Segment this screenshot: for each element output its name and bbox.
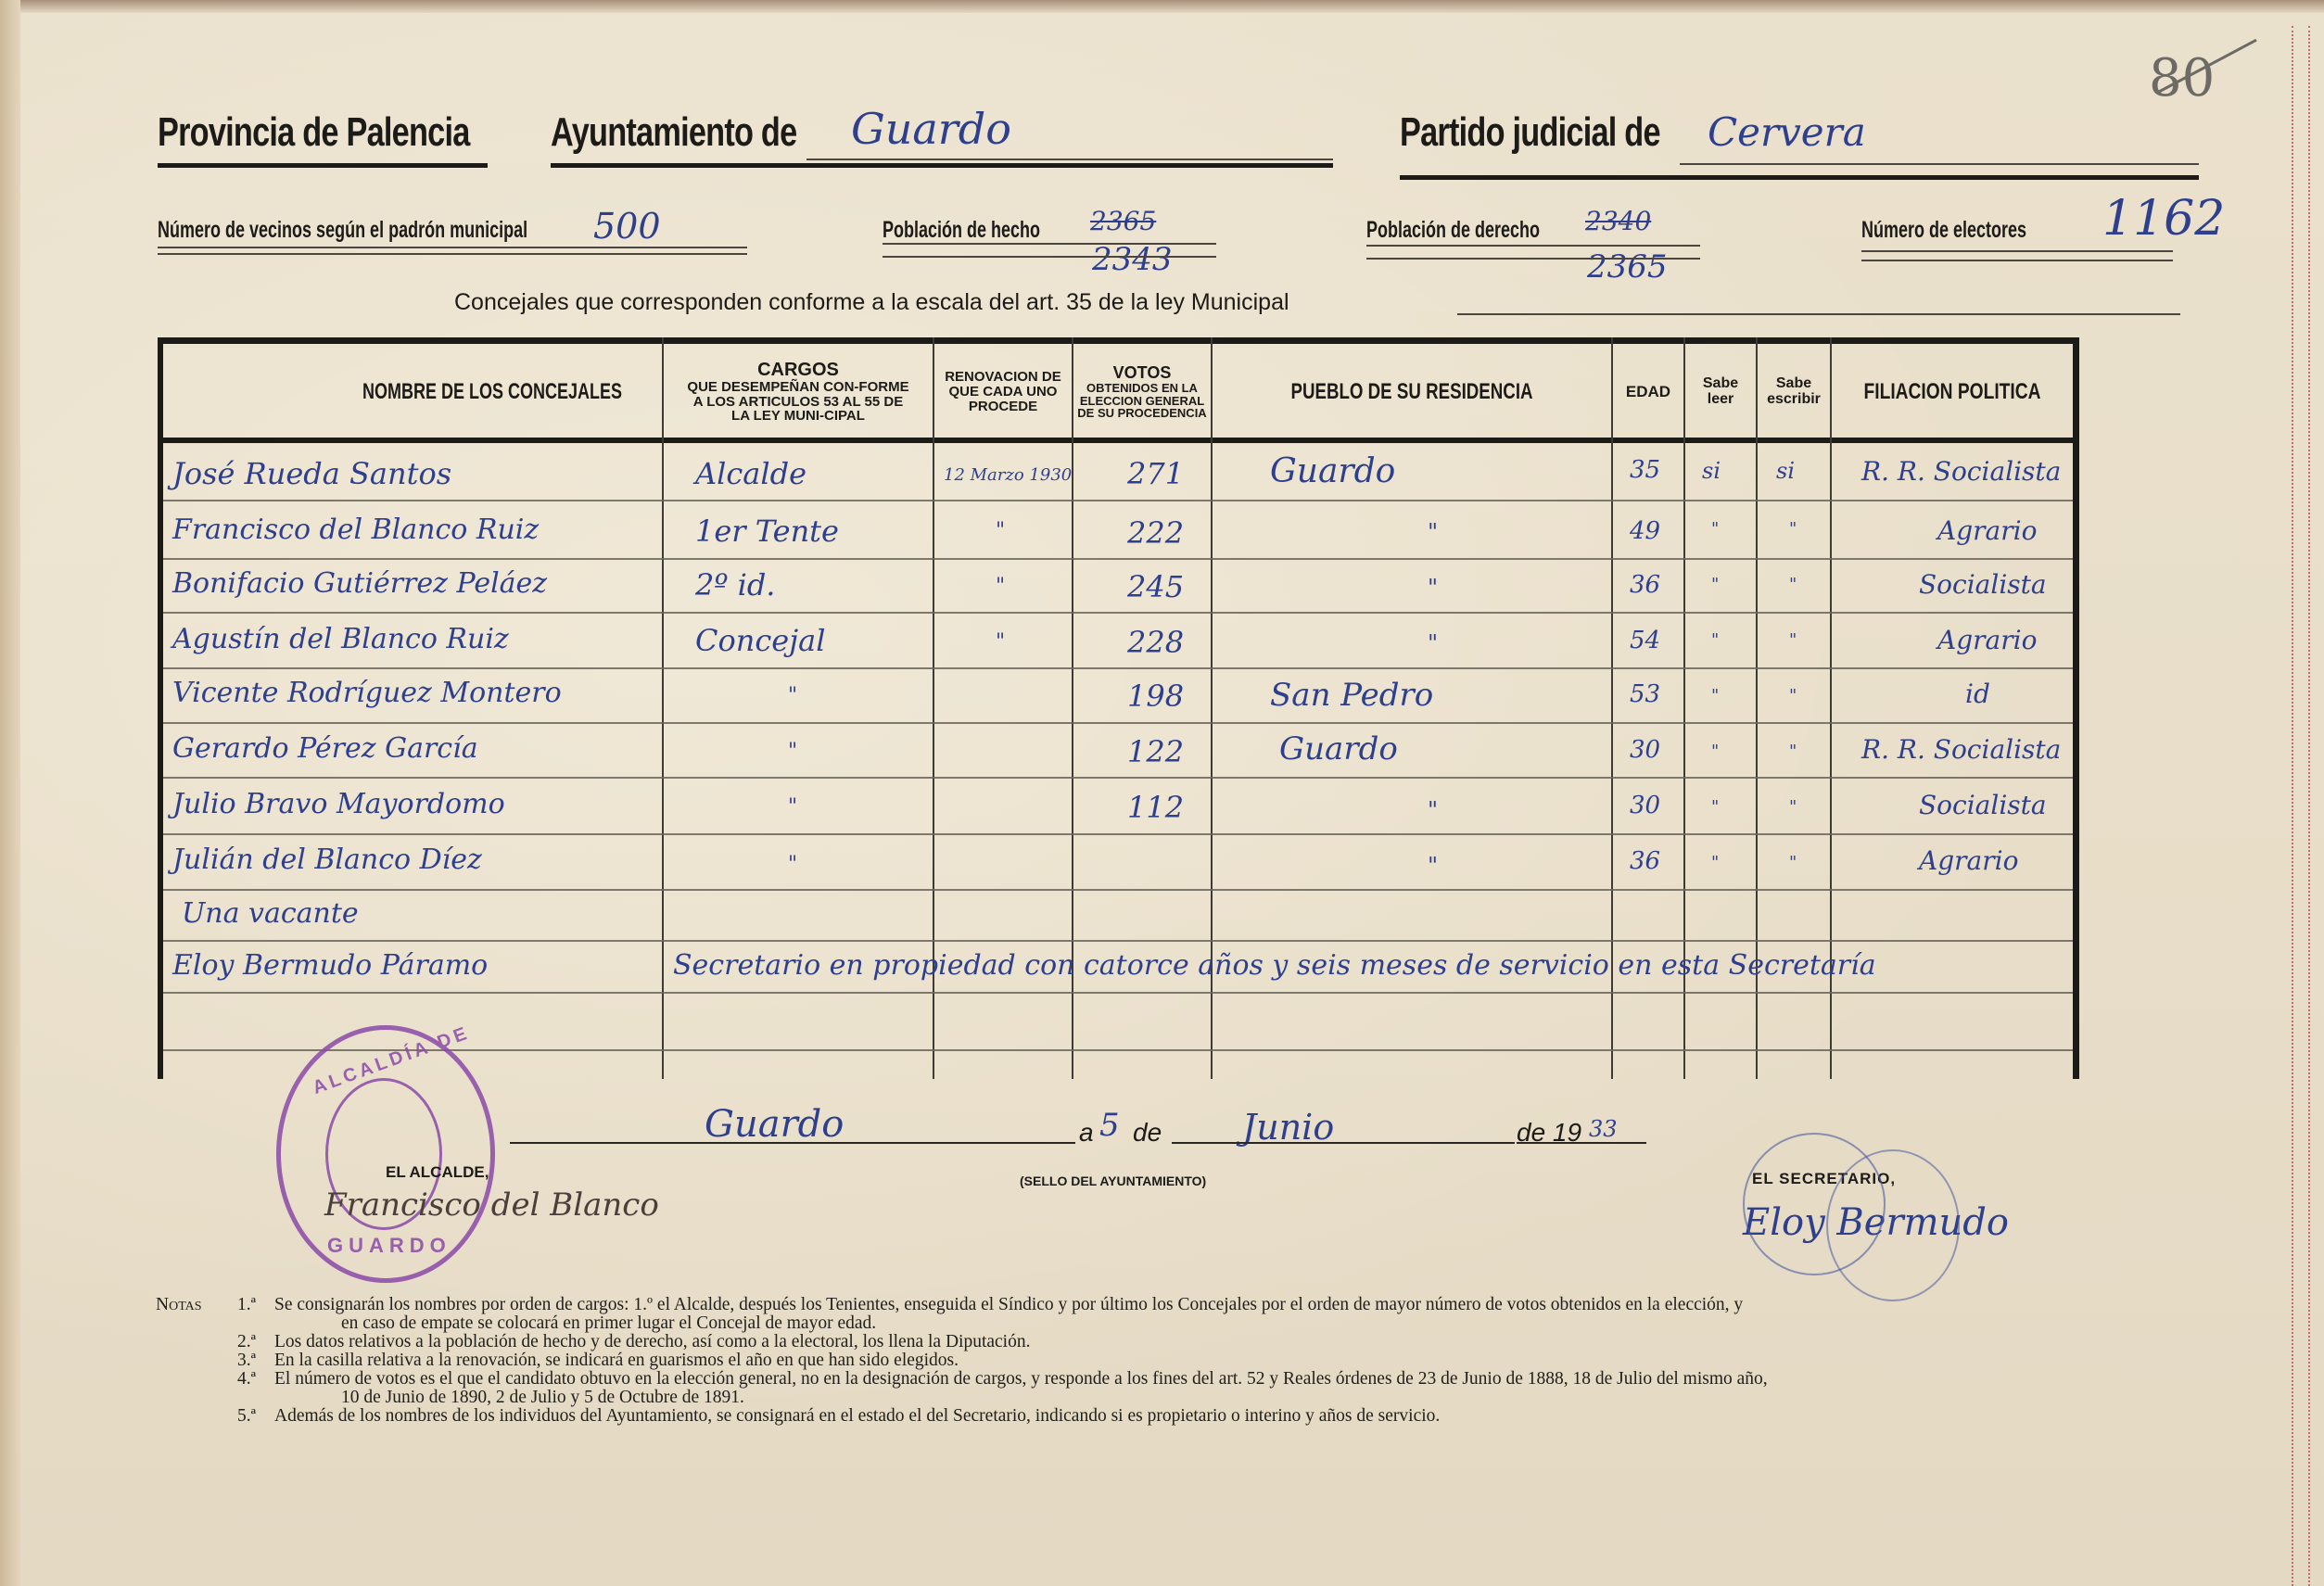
table-header-rule	[158, 438, 2079, 443]
escala-fill-line	[1457, 313, 2180, 315]
cell-pueblo: "	[1428, 575, 1438, 601]
note-number: 2.ª	[237, 1333, 256, 1351]
note-number: 3.ª	[237, 1351, 256, 1369]
header-pueblo: PUEBLO DE SU RESIDENCIA	[1256, 349, 1567, 436]
note-text: Se consignarán los nombres por orden de …	[274, 1296, 1743, 1313]
note-text: Además de los nombres de los individuos …	[274, 1407, 1440, 1425]
cell-filiacion: R. R. Socialista	[1861, 456, 2061, 487]
partido-label: Partido judicial de	[1400, 109, 1660, 156]
row-rule	[163, 612, 2073, 614]
seal-bottom-text: GUARDO	[327, 1234, 451, 1258]
partido-underline	[1400, 175, 2199, 180]
cell-remark: Secretario en propiedad con catorce años…	[673, 949, 1876, 982]
header-votos: VOTOS OBTENIDOS EN LA ELECCION GENERAL D…	[1073, 349, 1211, 436]
note-text: 10 de Junio de 1890, 2 de Julio y 5 de O…	[341, 1389, 744, 1406]
cell-cargo: "	[788, 740, 797, 763]
header-sabe-leer: Sabe leer	[1685, 349, 1756, 436]
document-page: 80 Provincia de Palencia Ayuntamiento de…	[0, 0, 2324, 1586]
cell-filiacion: Agrario	[1937, 625, 2037, 655]
province-underline	[158, 163, 488, 168]
escala-text: Concejales que corresponden conforme a l…	[454, 289, 1289, 316]
ayuntamiento-label: Ayuntamiento de	[551, 109, 796, 156]
cell-cargo: Alcalde	[695, 456, 806, 491]
hecho-value: 2343	[1092, 241, 1173, 278]
electores-line-1	[1861, 250, 2173, 252]
note-text: El número de votos es el que el candidat…	[274, 1370, 1768, 1388]
derecho-value-struck: 2340	[1585, 206, 1651, 236]
cell-cargo: 2º id.	[695, 567, 775, 603]
alcalde-label: EL ALCALDE,	[386, 1163, 489, 1182]
cell-escribir: "	[1789, 853, 1797, 872]
cell-cargo: "	[788, 795, 797, 818]
derecho-line-1	[1366, 245, 1700, 247]
table-border-top	[158, 337, 2079, 344]
cell-filiacion: id	[1965, 679, 1990, 709]
row-rule	[163, 500, 2073, 501]
row-rule	[163, 722, 2073, 724]
province-label: Provincia de Palencia	[158, 109, 470, 156]
cell-renovacion: "	[996, 519, 1005, 542]
date-de-label: de	[1133, 1118, 1162, 1148]
electores-label: Número de electores	[1861, 217, 2026, 244]
row-rule	[163, 833, 2073, 835]
header-edad: EDAD	[1613, 349, 1683, 436]
table-border-right	[2073, 337, 2079, 1079]
header-votos-sub: OBTENIDOS EN LA ELECCION GENERAL DE SU P…	[1073, 382, 1211, 420]
cell-escribir: "	[1789, 797, 1797, 817]
row-rule	[163, 667, 2073, 669]
red-margin-rule	[2292, 26, 2310, 1586]
header-votos-title: VOTOS	[1113, 364, 1172, 382]
row-rule	[163, 992, 2073, 994]
cell-escribir: si	[1776, 458, 1795, 484]
col-divider	[662, 337, 664, 1079]
cell-nombre: Vicente Rodríguez Montero	[172, 677, 562, 709]
cell-renovacion: "	[996, 575, 1005, 598]
header-renovacion: RENOVACION DE QUE CADA UNO PROCEDE	[934, 349, 1072, 436]
cell-cargo: "	[788, 853, 797, 876]
hecho-line-2	[883, 256, 1216, 258]
cell-filiacion: Socialista	[1919, 569, 2047, 600]
notes-label: Notas	[156, 1296, 202, 1313]
vecinos-line-2	[158, 253, 747, 255]
year-line	[1517, 1142, 1646, 1144]
cell-pueblo: "	[1428, 630, 1438, 656]
cell-nombre: Eloy Bermudo Páramo	[172, 949, 488, 982]
cell-nombre: Agustín del Blanco Ruiz	[172, 623, 509, 655]
cell-escribir: "	[1789, 575, 1797, 594]
vecinos-label: Número de vecinos según el padrón munici…	[158, 217, 527, 244]
note-text: En la casilla relativa a la renovación, …	[274, 1351, 959, 1369]
cell-nombre: Una vacante	[182, 897, 359, 930]
note-number: 1.ª	[237, 1296, 256, 1313]
row-rule	[163, 940, 2073, 942]
cell-escribir: "	[1789, 742, 1797, 761]
page-binding-edge	[0, 0, 20, 1586]
hecho-label: Población de hecho	[883, 217, 1040, 244]
cell-votos: 228	[1127, 625, 1184, 660]
hecho-line-1	[883, 243, 1216, 245]
cell-edad: 36	[1630, 571, 1660, 599]
vecinos-value: 500	[593, 206, 661, 247]
cell-votos: 271	[1127, 456, 1184, 491]
cell-pueblo: "	[1428, 519, 1438, 545]
cell-leer: "	[1711, 686, 1719, 705]
cell-leer: si	[1702, 458, 1721, 484]
cell-edad: 30	[1630, 736, 1660, 764]
vecinos-line-1	[158, 247, 747, 248]
month-line	[1172, 1142, 1515, 1144]
cell-escribir: "	[1789, 686, 1797, 705]
date-day: 5	[1099, 1107, 1120, 1144]
cell-leer: "	[1711, 797, 1719, 817]
cell-pueblo: "	[1428, 853, 1438, 879]
cell-edad: 49	[1630, 517, 1660, 545]
cell-nombre: Francisco del Blanco Ruiz	[172, 514, 539, 546]
cell-escribir: "	[1789, 630, 1797, 650]
partido-fill-line	[1680, 163, 2199, 165]
ayuntamiento-fill-line	[806, 159, 1333, 160]
header-sabe-escribir: Sabe escribir	[1758, 349, 1830, 436]
cell-nombre: Gerardo Pérez García	[172, 732, 478, 765]
cell-pueblo: San Pedro	[1270, 677, 1433, 714]
table-border-left	[158, 337, 163, 1079]
electores-value: 1162	[2102, 191, 2225, 247]
cell-votos: 222	[1127, 515, 1184, 551]
cell-filiacion: Agrario	[1919, 845, 2018, 876]
row-rule	[163, 558, 2073, 560]
header-filiacion: FILIACION POLITICA	[1856, 349, 2049, 436]
derecho-line-2	[1366, 258, 1700, 260]
place-line	[510, 1142, 1075, 1144]
note-text: Los datos relativos a la población de he…	[274, 1333, 1030, 1351]
cell-leer: "	[1711, 853, 1719, 872]
hecho-value-struck: 2365	[1090, 206, 1156, 236]
cell-pueblo: "	[1428, 797, 1438, 823]
cell-pueblo: Guardo	[1270, 452, 1395, 490]
cell-filiacion: R. R. Socialista	[1861, 734, 2061, 765]
page-top-edge	[0, 0, 2324, 13]
cell-votos: 198	[1127, 679, 1184, 714]
cell-votos: 122	[1127, 734, 1184, 769]
ayuntamiento-seal: ALCALDÍA DE GUARDO	[276, 1025, 495, 1283]
cell-nombre: Julián del Blanco Díez	[172, 844, 482, 876]
cell-renovacion: "	[996, 630, 1005, 653]
header-cargos-title: CARGOS	[757, 361, 839, 380]
cell-edad: 36	[1630, 847, 1660, 875]
header-cargos-sub: QUE DESEMPEÑAN CON-FORME A LOS ARTICULOS…	[682, 380, 914, 424]
header-cargos: CARGOS QUE DESEMPEÑAN CON-FORME A LOS AR…	[664, 349, 933, 436]
electores-line-2	[1861, 260, 2173, 261]
cell-cargo: Concejal	[695, 623, 825, 658]
cell-filiacion: Socialista	[1919, 790, 2047, 820]
cell-leer: "	[1711, 742, 1719, 761]
cell-nombre: Bonifacio Gutiérrez Peláez	[172, 567, 547, 600]
cell-pueblo: Guardo	[1279, 730, 1398, 768]
derecho-value: 2365	[1587, 248, 1668, 285]
cell-nombre: Julio Bravo Mayordomo	[172, 788, 505, 820]
cell-cargo: "	[788, 684, 797, 707]
cell-edad: 35	[1630, 456, 1660, 484]
cell-edad: 54	[1630, 627, 1660, 654]
ayuntamiento-underline	[551, 163, 1333, 168]
cell-renovacion: 12 Marzo 1930	[944, 465, 1072, 485]
note-text: en caso de empate se colocará en primer …	[341, 1314, 876, 1332]
cell-leer: "	[1711, 575, 1719, 594]
cell-cargo: 1er Tente	[695, 514, 839, 549]
derecho-label: Población de derecho	[1366, 217, 1540, 244]
date-a-label: a	[1079, 1118, 1094, 1148]
cell-edad: 30	[1630, 792, 1660, 819]
note-number: 4.ª	[237, 1370, 256, 1388]
note-number: 5.ª	[237, 1407, 256, 1425]
cell-votos: 112	[1127, 790, 1184, 825]
date-year-value: 33	[1589, 1116, 1618, 1142]
row-rule	[163, 777, 2073, 779]
cell-votos: 245	[1127, 569, 1184, 604]
partido-value: Cervera	[1708, 109, 1866, 155]
cell-leer: "	[1711, 519, 1719, 539]
ayuntamiento-value: Guardo	[851, 104, 1011, 154]
sello-label: (SELLO DEL AYUNTAMIENTO)	[1020, 1174, 1206, 1188]
alcalde-signature: Francisco del Blanco	[324, 1186, 659, 1224]
cell-edad: 53	[1630, 680, 1660, 708]
place-value: Guardo	[705, 1103, 844, 1146]
row-rule	[163, 889, 2073, 891]
concejales-table: NOMBRE DE LOS CONCEJALES CARGOS QUE DESE…	[158, 337, 2079, 1079]
cell-nombre: José Rueda Santos	[172, 456, 451, 491]
cell-leer: "	[1711, 630, 1719, 650]
cell-escribir: "	[1789, 519, 1797, 539]
secretario-flourish	[1826, 1149, 1960, 1301]
cell-filiacion: Agrario	[1937, 515, 2037, 546]
